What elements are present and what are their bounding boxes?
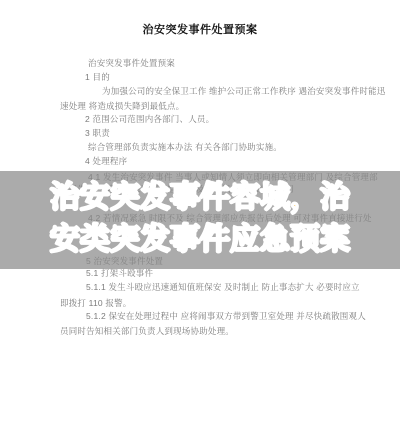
document-line: 员同时告知相关部门负责人到现场协助处理。 <box>60 326 234 336</box>
document-line: 为加强公司的安全保卫工作 维护公司正常工作秩序 遇治安突发事件时能迅 <box>102 86 386 96</box>
document-page: 治安突发事件处置预案 治安突发事件处置预案 1 目的 为加强公司的安全保卫工作 … <box>0 0 400 438</box>
document-line: 3 职责 <box>85 128 110 138</box>
document-line: 5.1.2 保安在处理过程中 应将闹事双方带到警卫室处理 并尽快疏散围观人 <box>86 311 366 321</box>
document-line: 速处理 将造成损失降到最低点。 <box>60 101 184 111</box>
watermark-text-line-1: 治安突发事件容城，治 <box>0 180 400 216</box>
watermark-text-line-2: 安类突发事件应急预案 <box>0 222 400 258</box>
document-line: 1 目的 <box>85 72 110 82</box>
document-title: 治安突发事件处置预案 <box>0 21 400 37</box>
document-line: 即拨打 110 报警。 <box>60 298 131 308</box>
document-line: 治安突发事件处置预案 <box>88 58 175 68</box>
document-line: 综合管理部负责实施本办法 有关各部门协助实施。 <box>88 142 282 152</box>
document-line: 5.1.1 发生斗殴应迅速通知值班保安 及时制止 防止事态扩大 必要时应立 <box>86 282 360 292</box>
document-line: 5.1 打架斗殴事件 <box>86 268 153 278</box>
document-line: 4 处理程序 <box>85 156 127 166</box>
document-line: 2 范围公司范围内各部门、人员。 <box>85 114 214 124</box>
